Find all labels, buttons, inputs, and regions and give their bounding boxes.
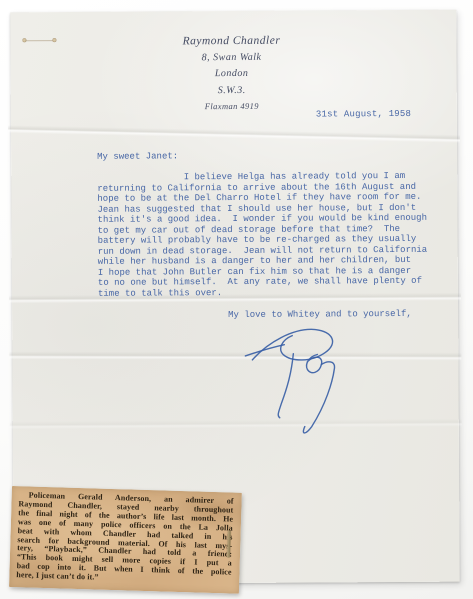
signature	[207, 320, 343, 436]
letter-date: 31st August, 1958	[316, 109, 411, 120]
photo-background: Raymond Chandler 8, Swan Walk London S.W…	[0, 0, 473, 599]
letterhead: Raymond Chandler 8, Swan Walk London S.W…	[10, 32, 452, 114]
signature-stroke	[306, 354, 321, 372]
news-clipping: Policeman Gerald Anderson, an admirer of…	[9, 486, 242, 594]
clipping-text: Policeman Gerald Anderson, an admirer of…	[16, 491, 234, 586]
signature-stroke	[303, 362, 335, 433]
letter-closing: My love to Whitey and to yourself,	[228, 309, 412, 320]
signature-stroke	[278, 354, 294, 418]
letterhead-postal: S.W.3.	[11, 81, 453, 100]
letter-body: My sweet Janet: I believe Helga has alre…	[97, 150, 427, 299]
signature-stroke	[245, 345, 284, 356]
fold-crease-top	[8, 125, 460, 143]
